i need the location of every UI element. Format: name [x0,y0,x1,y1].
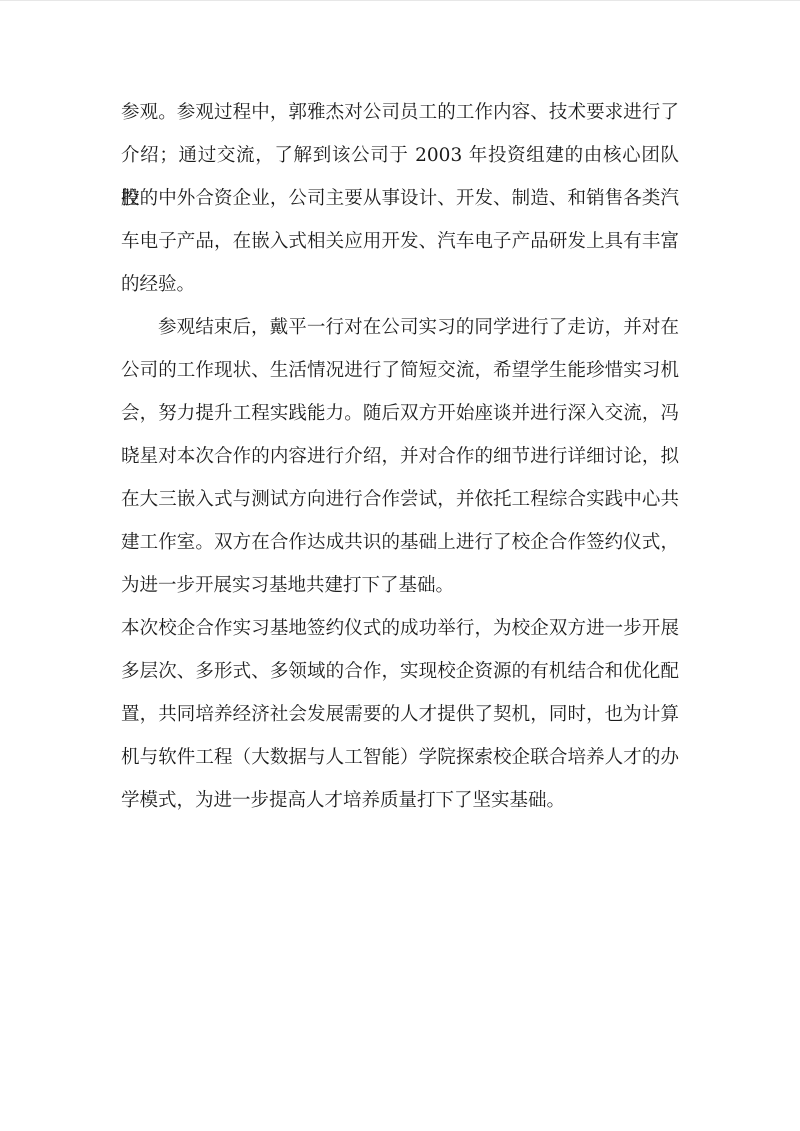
text-line: 多层次、多形式、多领域的合作，实现校企资源的有机结合和优化配 [121,650,679,693]
paragraph-2: 参观结束后，戴平一行对在公司实习的同学进行了走访，并对在 公司的工作现状、生活情… [121,306,679,607]
text-line: 建工作室。双方在合作达成共识的基础上进行了校企合作签约仪式， [121,521,679,564]
page-top-edge [0,0,800,1]
document-text-block: 参观。参观过程中，郭雅杰对公司员工的工作内容、技术要求进行了 介绍；通过交流，了… [121,91,679,822]
text-line: 介绍；通过交流，了解到该公司于 2003 年投资组建的由核心团队控 [121,134,679,177]
text-line: 车电子产品，在嵌入式相关应用开发、汽车电子产品研发上具有丰富 [121,220,679,263]
text-line: 晓星对本次合作的内容进行介绍，并对合作的细节进行详细讨论，拟 [121,435,679,478]
document-page: 参观。参观过程中，郭雅杰对公司员工的工作内容、技术要求进行了 介绍；通过交流，了… [0,0,800,1131]
text-line: 公司的工作现状、生活情况进行了简短交流，希望学生能珍惜实习机 [121,349,679,392]
text-line: 置，共同培养经济社会发展需要的人才提供了契机，同时，也为计算 [121,693,679,736]
paragraph-1: 参观。参观过程中，郭雅杰对公司员工的工作内容、技术要求进行了 介绍；通过交流，了… [121,91,679,306]
text-line: 为进一步开展实习基地共建打下了基础。 [121,564,679,607]
text-line: 参观。参观过程中，郭雅杰对公司员工的工作内容、技术要求进行了 [121,91,679,134]
text-line: 会，努力提升工程实践能力。随后双方开始座谈并进行深入交流，冯 [121,392,679,435]
text-line: 股的中外合资企业，公司主要从事设计、开发、制造、和销售各类汽 [121,177,679,220]
text-line: 学模式，为进一步提高人才培养质量打下了坚实基础。 [121,779,679,822]
text-line: 机与软件工程（大数据与人工智能）学院探索校企联合培养人才的办 [121,736,679,779]
text-line: 的经验。 [121,263,679,306]
text-line: 在大三嵌入式与测试方向进行合作尝试，并依托工程综合实践中心共 [121,478,679,521]
paragraph-3: 本次校企合作实习基地签约仪式的成功举行，为校企双方进一步开展 多层次、多形式、多… [121,607,679,822]
text-line: 本次校企合作实习基地签约仪式的成功举行，为校企双方进一步开展 [121,607,679,650]
text-line: 参观结束后，戴平一行对在公司实习的同学进行了走访，并对在 [121,306,679,349]
